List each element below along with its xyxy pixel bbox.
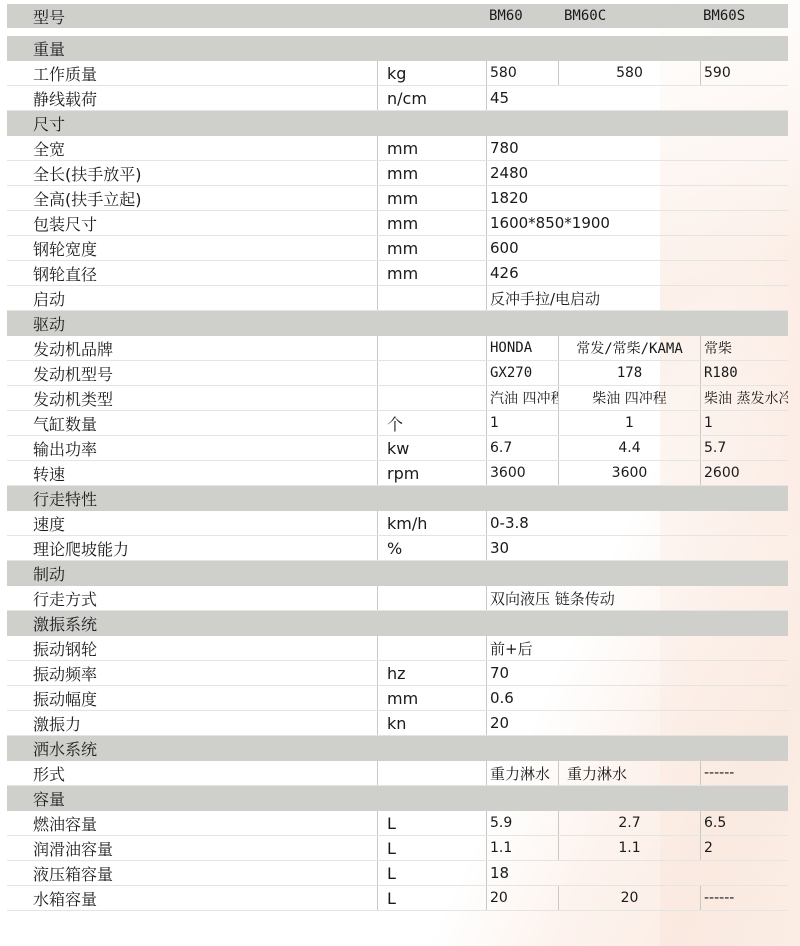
table-row: 静线载荷n/cm45 — [7, 86, 788, 111]
table-row: 液压箱容量L18 — [7, 861, 788, 886]
spec-value-bm60s: 6.5 — [700, 811, 788, 835]
spec-label: 静线载荷 — [7, 86, 377, 110]
section-title: 洒水系统 — [7, 736, 377, 761]
spec-value-bm60: 1.1 — [486, 836, 558, 860]
spec-value-shared: 前+后 — [486, 636, 788, 660]
model-bm60: BM60 — [486, 4, 558, 28]
table-row: 钢轮宽度mm600 — [7, 236, 788, 261]
spec-label: 振动频率 — [7, 661, 377, 685]
spec-label: 形式 — [7, 761, 377, 785]
spec-value-bm60c: 3600 — [558, 461, 700, 485]
spec-table: 型号 BM60 BM60C BM60S 重量工作质量kg580580590静线载… — [7, 4, 788, 911]
spec-label: 全长(扶手放平) — [7, 161, 377, 185]
spec-label: 启动 — [7, 286, 377, 310]
spec-label: 输出功率 — [7, 436, 377, 460]
table-row: 水箱容量L2020------ — [7, 886, 788, 911]
spec-unit: mm — [377, 161, 486, 185]
spec-label: 燃油容量 — [7, 811, 377, 835]
spec-value-bm60: 580 — [486, 61, 558, 85]
spec-label: 工作质量 — [7, 61, 377, 85]
section-title: 容量 — [7, 786, 377, 811]
spec-unit: L — [377, 886, 486, 910]
spec-label: 液压箱容量 — [7, 861, 377, 885]
table-row: 行走方式双向液压 链条传动 — [7, 586, 788, 611]
spec-unit: % — [377, 536, 486, 560]
spec-label: 全高(扶手立起) — [7, 186, 377, 210]
spec-unit — [377, 386, 486, 410]
spec-unit: mm — [377, 186, 486, 210]
section-header-row: 激振系统 — [7, 611, 788, 636]
spec-unit: rpm — [377, 461, 486, 485]
spec-unit: mm — [377, 211, 486, 235]
spec-value-shared: 600 — [486, 236, 788, 260]
spec-label: 气缸数量 — [7, 411, 377, 435]
section-title: 激振系统 — [7, 611, 377, 636]
spec-value-bm60: HONDA — [486, 336, 558, 360]
spec-unit: mm — [377, 261, 486, 285]
spec-unit: L — [377, 811, 486, 835]
spec-label: 水箱容量 — [7, 886, 377, 910]
section-title: 驱动 — [7, 311, 377, 336]
table-row: 启动反冲手拉/电启动 — [7, 286, 788, 311]
spec-unit — [377, 361, 486, 385]
table-row: 包装尺寸mm1600*850*1900 — [7, 211, 788, 236]
table-row: 振动钢轮前+后 — [7, 636, 788, 661]
spec-label: 转速 — [7, 461, 377, 485]
spec-value-bm60s: 柴油 蒸发水冷 — [700, 386, 788, 410]
spec-unit: n/cm — [377, 86, 486, 110]
spec-label: 全宽 — [7, 136, 377, 160]
spec-value-bm60: 20 — [486, 886, 558, 910]
section-header-row: 制动 — [7, 561, 788, 586]
spec-value-bm60s: ------ — [700, 886, 788, 910]
spec-value-bm60s: 2600 — [700, 461, 788, 485]
table-row: 形式重力淋水重力淋水------ — [7, 761, 788, 786]
spec-value-bm60c: 580 — [558, 61, 700, 85]
spec-value-bm60c: 1 — [558, 411, 700, 435]
spec-label: 振动幅度 — [7, 686, 377, 710]
spec-label: 润滑油容量 — [7, 836, 377, 860]
spec-value-bm60c: 常发/常柴/KAMA — [558, 336, 700, 360]
spec-value-shared: 0-3.8 — [486, 511, 788, 535]
spec-label: 振动钢轮 — [7, 636, 377, 660]
spec-value-bm60s: 5.7 — [700, 436, 788, 460]
spec-value-shared: 反冲手拉/电启动 — [486, 286, 788, 310]
section-header-row: 尺寸 — [7, 111, 788, 136]
spec-value-bm60c: 2.7 — [558, 811, 700, 835]
section-header-row: 重量 — [7, 36, 788, 61]
spec-value-shared: 70 — [486, 661, 788, 685]
spec-value-bm60s: 常柴 — [700, 336, 788, 360]
table-row: 发动机型号GX270178R180 — [7, 361, 788, 386]
section-title: 重量 — [7, 36, 377, 61]
table-row: 振动频率hz70 — [7, 661, 788, 686]
spec-label: 理论爬坡能力 — [7, 536, 377, 560]
spec-value-bm60s: ------ — [700, 761, 788, 785]
spec-value-bm60c: 重力淋水 — [558, 761, 700, 785]
spec-unit: L — [377, 836, 486, 860]
table-row: 全宽mm780 — [7, 136, 788, 161]
section-title: 制动 — [7, 561, 377, 586]
spec-value-bm60s: R180 — [700, 361, 788, 385]
spec-unit: L — [377, 861, 486, 885]
table-row: 润滑油容量L1.11.12 — [7, 836, 788, 861]
spec-value-bm60: 重力淋水 — [486, 761, 558, 785]
table-row: 理论爬坡能力%30 — [7, 536, 788, 561]
table-row: 发动机品牌HONDA常发/常柴/KAMA常柴 — [7, 336, 788, 361]
table-row: 振动幅度mm0.6 — [7, 686, 788, 711]
spec-value-bm60c: 20 — [558, 886, 700, 910]
section-header-row: 洒水系统 — [7, 736, 788, 761]
spec-value-shared: 30 — [486, 536, 788, 560]
section-header-row: 容量 — [7, 786, 788, 811]
header-unit-blank — [377, 4, 486, 28]
spec-value-bm60c: 柴油 四冲程 — [558, 386, 700, 410]
spec-value-shared: 426 — [486, 261, 788, 285]
spec-value-shared: 780 — [486, 136, 788, 160]
spec-unit — [377, 286, 486, 310]
spec-unit: kg — [377, 61, 486, 85]
table-row: 发动机类型汽油 四冲程柴油 四冲程柴油 蒸发水冷 — [7, 386, 788, 411]
table-row: 转速rpm360036002600 — [7, 461, 788, 486]
spec-value-shared: 1820 — [486, 186, 788, 210]
spec-label: 发动机品牌 — [7, 336, 377, 360]
spec-value-shared: 20 — [486, 711, 788, 735]
header-row: 型号 BM60 BM60C BM60S — [7, 4, 788, 28]
spec-label: 包装尺寸 — [7, 211, 377, 235]
spec-value-bm60s: 1 — [700, 411, 788, 435]
spec-label: 发动机类型 — [7, 386, 377, 410]
spec-label: 钢轮直径 — [7, 261, 377, 285]
table-row: 燃油容量L5.92.76.5 — [7, 811, 788, 836]
model-bm60c: BM60C — [558, 4, 700, 28]
spec-value-bm60s: 2 — [700, 836, 788, 860]
spec-unit: kw — [377, 436, 486, 460]
section-title: 尺寸 — [7, 111, 377, 136]
spec-label: 发动机型号 — [7, 361, 377, 385]
spec-value-shared: 18 — [486, 861, 788, 885]
table-row: 速度km/h0-3.8 — [7, 511, 788, 536]
spec-unit: 个 — [377, 411, 486, 435]
spec-unit: mm — [377, 686, 486, 710]
spec-value-shared: 45 — [486, 86, 788, 110]
spec-unit: mm — [377, 236, 486, 260]
table-row: 工作质量kg580580590 — [7, 61, 788, 86]
section-header-row: 驱动 — [7, 311, 788, 336]
spec-value-shared: 1600*850*1900 — [486, 211, 788, 235]
spec-value-bm60s: 590 — [700, 61, 788, 85]
table-row: 钢轮直径mm426 — [7, 261, 788, 286]
spec-label: 钢轮宽度 — [7, 236, 377, 260]
spec-value-bm60: 6.7 — [486, 436, 558, 460]
table-body: 重量工作质量kg580580590静线载荷n/cm45尺寸全宽mm780全长(扶… — [7, 36, 788, 911]
spec-label: 激振力 — [7, 711, 377, 735]
spec-unit — [377, 336, 486, 360]
spec-value-bm60: 1 — [486, 411, 558, 435]
section-title: 行走特性 — [7, 486, 377, 511]
spec-unit: kn — [377, 711, 486, 735]
section-header-row: 行走特性 — [7, 486, 788, 511]
spec-label: 速度 — [7, 511, 377, 535]
spec-value-bm60c: 4.4 — [558, 436, 700, 460]
spec-value-bm60: 汽油 四冲程 — [486, 386, 558, 410]
spec-value-shared: 2480 — [486, 161, 788, 185]
spec-value-shared: 0.6 — [486, 686, 788, 710]
spec-value-shared: 双向液压 链条传动 — [486, 586, 788, 610]
spec-value-bm60c: 1.1 — [558, 836, 700, 860]
table-row: 激振力kn20 — [7, 711, 788, 736]
table-row: 气缸数量个111 — [7, 411, 788, 436]
spec-value-bm60: 5.9 — [486, 811, 558, 835]
spec-value-bm60c: 178 — [558, 361, 700, 385]
spec-value-bm60: GX270 — [486, 361, 558, 385]
spec-unit — [377, 636, 486, 660]
spec-unit: mm — [377, 136, 486, 160]
spec-unit: km/h — [377, 511, 486, 535]
model-bm60s: BM60S — [700, 4, 788, 28]
table-row: 输出功率kw6.74.45.7 — [7, 436, 788, 461]
spec-unit: hz — [377, 661, 486, 685]
header-label: 型号 — [7, 4, 377, 28]
table-row: 全高(扶手立起)mm1820 — [7, 186, 788, 211]
table-row: 全长(扶手放平)mm2480 — [7, 161, 788, 186]
spec-value-bm60: 3600 — [486, 461, 558, 485]
spec-unit — [377, 761, 486, 785]
spec-unit — [377, 586, 486, 610]
spec-label: 行走方式 — [7, 586, 377, 610]
